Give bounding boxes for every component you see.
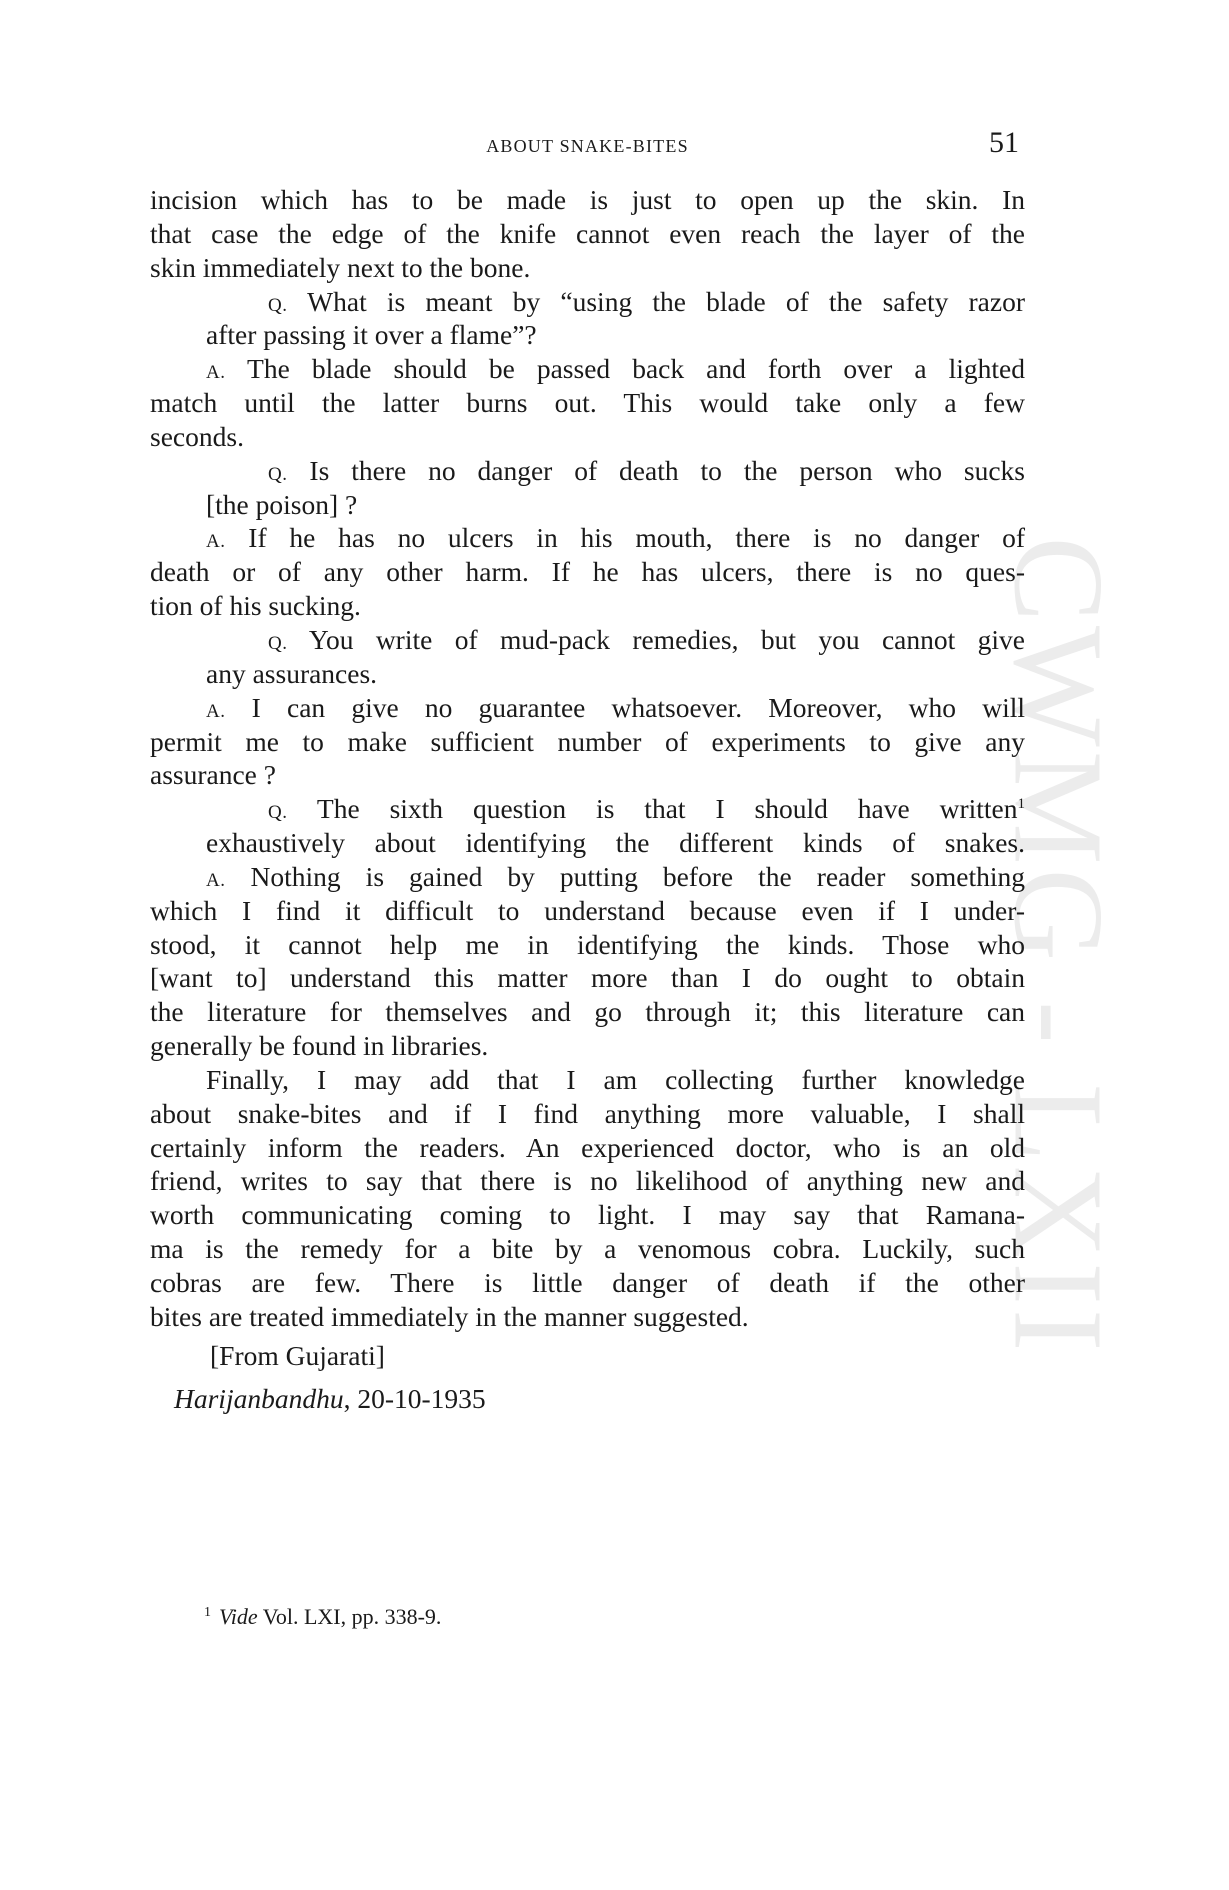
- text-line: [the poison] ?: [150, 488, 1025, 522]
- answer-line: A. If he has no ulcers in his mouth, the…: [150, 521, 1025, 555]
- text-line: match until the latter burns out. This w…: [150, 386, 1025, 420]
- text-line: stood, it cannot help me in identifying …: [150, 928, 1025, 962]
- body-text: incision which has to be made is just to…: [150, 183, 1025, 1334]
- answer-line: A. I can give no guarantee whatsoever. M…: [150, 691, 1025, 725]
- answer-label: A.: [206, 870, 225, 891]
- answer-label: A.: [206, 362, 225, 383]
- text-line: [want to] understand this matter more th…: [150, 961, 1025, 995]
- text-line: bites are treated immediately in the man…: [150, 1300, 1025, 1334]
- text-line: which I find it difficult to understand …: [150, 894, 1025, 928]
- text-line: worth communicating coming to light. I m…: [150, 1198, 1025, 1232]
- page-number: 51: [989, 126, 1019, 160]
- watermark: CWMG - LXII: [1012, 478, 1104, 1413]
- footnote-vide: Vide: [219, 1604, 258, 1629]
- text-line: seconds.: [150, 420, 1025, 454]
- question-label: Q.: [268, 633, 287, 654]
- text-line: death or of any other harm. If he has ul…: [150, 555, 1025, 589]
- text-line: the literature for themselves and go thr…: [150, 995, 1025, 1029]
- source-citation: Harijanbandhu, 20-10-1935: [150, 1383, 1049, 1415]
- page-header: ABOUT SNAKE-BITES 51: [150, 126, 1025, 166]
- publication-name: Harijanbandhu: [174, 1383, 344, 1414]
- question-line: Q. What is meant by “using the blade of …: [150, 285, 1025, 319]
- source-language: [From Gujarati]: [150, 1340, 1085, 1372]
- answer-line: A. The blade should be passed back and f…: [150, 352, 1025, 386]
- question-label: Q.: [268, 464, 287, 485]
- question-label: Q.: [268, 295, 287, 316]
- text-line: exhaustively about identifying the diffe…: [150, 826, 1025, 860]
- answer-label: A.: [206, 531, 225, 552]
- text-line: skin immediately next to the bone.: [150, 251, 1025, 285]
- question-line: Q. You write of mud-pack remedies, but y…: [150, 623, 1025, 657]
- footnote: 1Vide Vol. LXI, pp. 338-9.: [204, 1604, 441, 1630]
- text-line: generally be found in libraries.: [150, 1029, 1025, 1063]
- text-line: cobras are few. There is little danger o…: [150, 1266, 1025, 1300]
- publication-date: , 20-10-1935: [344, 1383, 486, 1414]
- answer-label: A.: [206, 701, 225, 722]
- text-line: incision which has to be made is just to…: [150, 183, 1025, 217]
- text-line: that case the edge of the knife cannot e…: [150, 217, 1025, 251]
- text-line: after passing it over a flame”?: [150, 318, 1025, 352]
- footnote-text: Vol. LXI, pp. 338-9.: [258, 1604, 442, 1629]
- text-line: tion of his sucking.: [150, 589, 1025, 623]
- text-line: permit me to make sufficient number of e…: [150, 725, 1025, 759]
- question-label: Q.: [268, 802, 287, 823]
- text-line: friend, writes to say that there is no l…: [150, 1164, 1025, 1198]
- text-line: certainly inform the readers. An experie…: [150, 1131, 1025, 1165]
- text-line: ma is the remedy for a bite by a venomou…: [150, 1232, 1025, 1266]
- question-line: Q. Is there no danger of death to the pe…: [150, 454, 1025, 488]
- text-line: assurance ?: [150, 758, 1025, 792]
- text-line: Finally, I may add that I am collecting …: [150, 1063, 1025, 1097]
- text-line: about snake-bites and if I find anything…: [150, 1097, 1025, 1131]
- question-line: Q. The sixth question is that I should h…: [150, 792, 1025, 826]
- footnote-reference: 1: [1018, 796, 1026, 812]
- running-title: ABOUT SNAKE-BITES: [150, 136, 1025, 157]
- footnote-marker: 1: [204, 1605, 211, 1620]
- text-line: any assurances.: [150, 657, 1025, 691]
- answer-line: A. Nothing is gained by putting before t…: [150, 860, 1025, 894]
